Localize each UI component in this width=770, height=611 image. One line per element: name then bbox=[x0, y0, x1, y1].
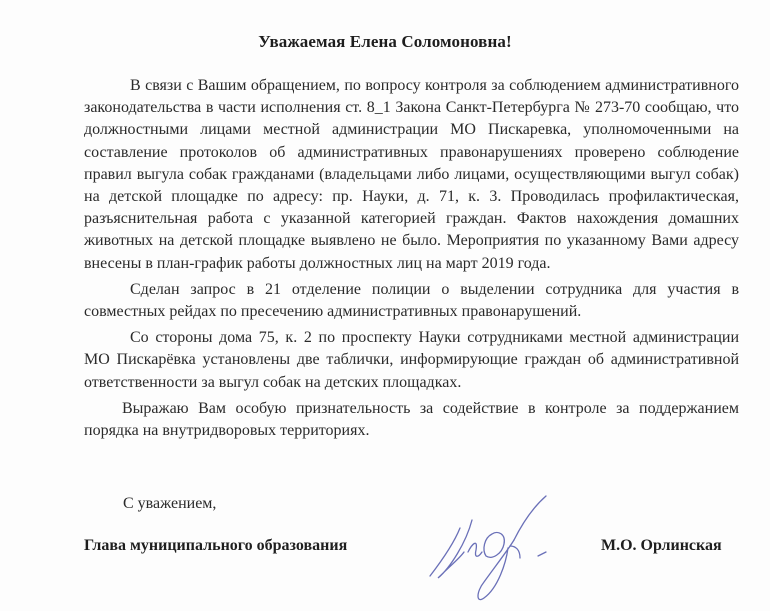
paragraph-signs: Со стороны дома 75, к. 2 по проспекту На… bbox=[84, 327, 739, 394]
paragraph-police-request: Сделан запрос в 21 отделение полиции о в… bbox=[84, 279, 739, 323]
letter-body: В связи с Вашим обращением, по вопросу к… bbox=[84, 75, 739, 446]
letter-page: Уважаемая Елена Соломоновна! В связи с В… bbox=[0, 0, 770, 611]
handwritten-signature-icon bbox=[420, 488, 580, 611]
closing: С уважением, bbox=[123, 495, 216, 513]
signatory-position: Глава муниципального образования bbox=[84, 537, 347, 555]
paragraph-gratitude: Выражаю Вам особую признательность за со… bbox=[84, 398, 739, 442]
paragraph-inspection: В связи с Вашим обращением, по вопросу к… bbox=[84, 75, 739, 275]
signatory-name: М.О. Орлинская bbox=[601, 537, 722, 555]
salutation: Уважаемая Елена Соломоновна! bbox=[0, 32, 770, 52]
